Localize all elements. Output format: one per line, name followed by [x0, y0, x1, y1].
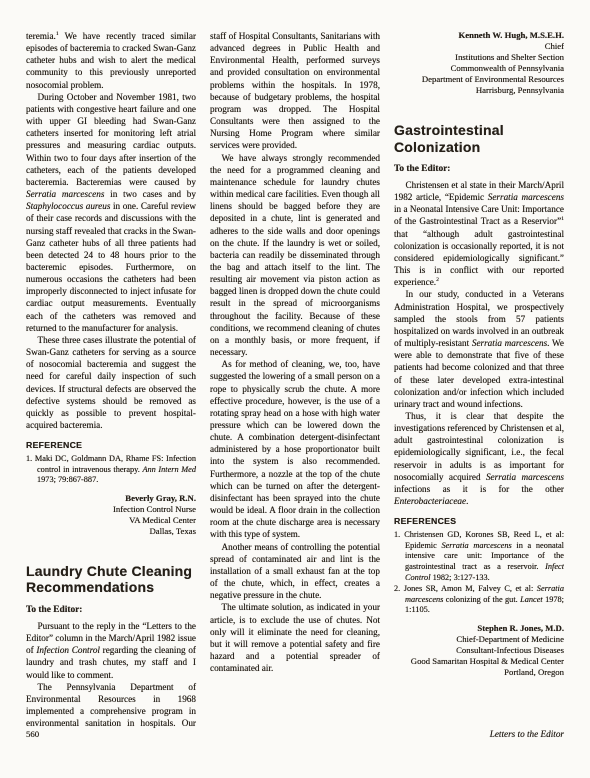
reference-item: 1. Maki DC, Goldmann DA, Rhame FS: Infec…	[26, 454, 196, 486]
signature-name: Stephen R. Jones, M.D.	[394, 623, 564, 634]
signature-line: Chief-Department of Medicine	[394, 634, 564, 645]
page-number: 560	[26, 729, 39, 739]
signature-line: Institutions and Shelter Section	[394, 52, 564, 63]
signature-name: Beverly Gray, R.N.	[26, 493, 196, 504]
paragraph: The ultimate solution, as indicated in y…	[210, 601, 380, 674]
paragraph: teremia.1 We have recently traced simila…	[26, 30, 196, 91]
paragraph: During October and November 1981, two pa…	[26, 91, 196, 334]
signature-name: Kenneth W. Hugh, M.S.E.H.	[394, 30, 564, 41]
signature-block: Beverly Gray, R.N. Infection Control Nur…	[26, 493, 196, 537]
signature-line: Dallas, Texas	[26, 526, 196, 537]
paragraph: Thus, it is clear that despite the inves…	[394, 410, 564, 507]
signature-line: Consultant-Infectious Diseases	[394, 645, 564, 656]
paragraph: Pursuant to the reply in the “Letters to…	[26, 620, 196, 681]
letter-title: Laundry Chute Cleaning Recommendations	[26, 563, 196, 596]
paragraph: In our study, conducted in a Veterans Ad…	[394, 288, 564, 410]
signature-block: Kenneth W. Hugh, M.S.E.H. Chief Institut…	[394, 30, 564, 96]
paragraph: Christensen et al state in their March/A…	[394, 179, 564, 288]
paragraph: Another means of controlling the potenti…	[210, 541, 380, 602]
reference-item: 1. Christensen GD, Korones SB, Reed L, e…	[394, 530, 564, 583]
reference-item: 2. Jones SR, Amon M, Falvey C, et al: Se…	[394, 584, 564, 616]
journal-page: teremia.1 We have recently traced simila…	[0, 0, 590, 778]
salutation: To the Editor:	[394, 164, 564, 174]
paragraph: As for method of cleaning, we, too, have…	[210, 358, 380, 540]
signature-line: Infection Control Nurse	[26, 504, 196, 515]
letter-title: Gastrointestinal Colonization	[394, 122, 564, 155]
references-heading: REFERENCES	[394, 516, 564, 526]
signature-line: Department of Environmental Resources	[394, 74, 564, 85]
reference-heading: REFERENCE	[26, 440, 196, 450]
page-footer: 560 Letters to the Editor	[26, 729, 564, 739]
signature-block: Stephen R. Jones, M.D. Chief-Department …	[394, 623, 564, 678]
signature-line: Portland, Oregon	[394, 667, 564, 678]
signature-line: Commonwealth of Pennsylvania	[394, 63, 564, 74]
paragraph: We have always strongly recommended the …	[210, 152, 380, 359]
signature-line: Chief	[394, 41, 564, 52]
page-columns: teremia.1 We have recently traced simila…	[26, 30, 564, 730]
salutation: To the Editor:	[26, 605, 196, 615]
running-title: Letters to the Editor	[490, 729, 564, 739]
letter-bacteremia: teremia.1 We have recently traced simila…	[26, 30, 196, 537]
signature-line: Good Samaritan Hospital & Medical Center	[394, 656, 564, 667]
signature-line: VA Medical Center	[26, 515, 196, 526]
letter-gastrointestinal: Gastrointestinal Colonization To the Edi…	[394, 122, 564, 678]
signature-line: Harrisburg, Pennsylvania	[394, 85, 564, 96]
paragraph: These three cases illustrate the potenti…	[26, 334, 196, 431]
